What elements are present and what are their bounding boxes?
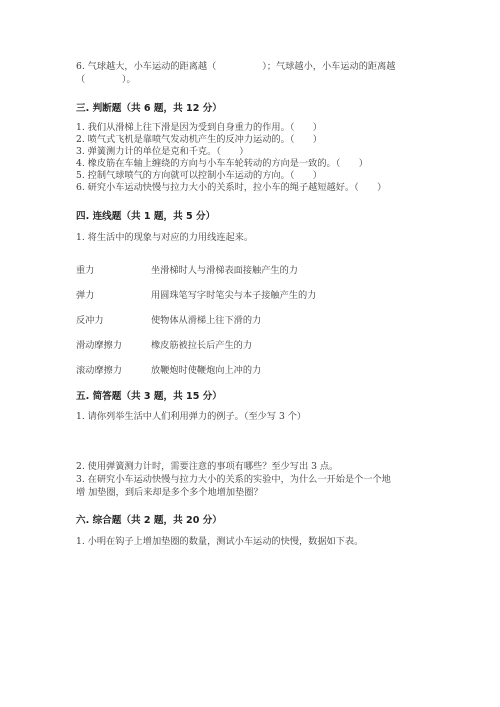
section-heading-short-answer: 五. 简答题（共 3 题，共 15 分） (76, 388, 222, 402)
match-right-5: 放鞭炮时使鞭炮向上冲的力 (151, 362, 261, 376)
match-right-1: 坐滑梯时人与滑梯表面接触产生的力 (151, 262, 298, 276)
match-left-5: 滚动摩擦力 (76, 362, 122, 376)
match-left-3: 反冲力 (76, 312, 104, 326)
comprehensive-q1: 1. 小明在钩子上增加垫圈的数量，测试小车运动的快慢，数据如下表。 (76, 536, 363, 548)
judgement-item-4: 4. 橡皮筋在车轴上缠绕的方向与小车车轮转动的方向是一致的。（ ） (76, 158, 368, 170)
exam-page: 6. 气球越大，小车运动的距离越（ ）；气球越小，小车运动的距离越 （ ）。 三… (0, 0, 500, 707)
short-answer-q3-line2: 增 加垫圈，到后来却是多个多个地增加垫圈？ (76, 487, 263, 499)
short-answer-q3-line1: 3. 在研究小车运动快慢与拉力大小的关系的实验中，为什么一开始是个一个地 (76, 474, 391, 486)
judgement-item-2: 2. 喷气式飞机是靠喷气发动机产生的反冲力运动的。（ ） (76, 134, 322, 146)
judgement-item-5: 5. 控制气球喷气的方向就可以控制小车运动的方向。（ ） (76, 170, 322, 182)
judgement-item-3: 3. 弹簧测力计的单位是克和千克。（ ） (76, 146, 248, 158)
judgement-item-6: 6. 研究小车运动快慢与拉力大小的关系时，拉小车的绳子越短越好。（ ） (76, 182, 386, 194)
section-heading-judgement: 三. 判断题（共 6 题，共 12 分） (76, 100, 222, 114)
short-answer-q2: 2. 使用弹簧测力计时，需要注意的事项有哪些？至少写出 3 点。 (76, 461, 338, 473)
match-left-1: 重力 (76, 262, 94, 276)
match-left-4: 滑动摩擦力 (76, 337, 122, 351)
short-answer-q1: 1. 请你列举生活中人们利用弹力的例子。（至少写 3 个） (76, 411, 306, 423)
matching-question: 1. 将生活中的现象与对应的力用线连起来。 (76, 232, 253, 244)
match-right-2: 用圆珠笔写字时笔尖与本子接触产生的力 (151, 287, 316, 301)
match-right-4: 橡皮筋被拉长后产生的力 (151, 337, 252, 351)
fill-question-6-line2: （ ）。 (76, 74, 136, 86)
match-right-3: 使物体从滑梯上往下滑的力 (151, 312, 261, 326)
section-heading-matching: 四. 连线题（共 1 题，共 5 分） (76, 208, 215, 222)
match-left-2: 弹力 (76, 287, 94, 301)
judgement-item-1: 1. 我们从滑梯上往下滑是因为受到自身重力的作用。（ ） (76, 122, 322, 134)
section-heading-comprehensive: 六. 综合题（共 2 题，共 20 分） (76, 512, 222, 526)
fill-question-6-line1: 6. 气球越大，小车运动的距离越（ ）；气球越小，小车运动的距离越 (76, 61, 395, 73)
